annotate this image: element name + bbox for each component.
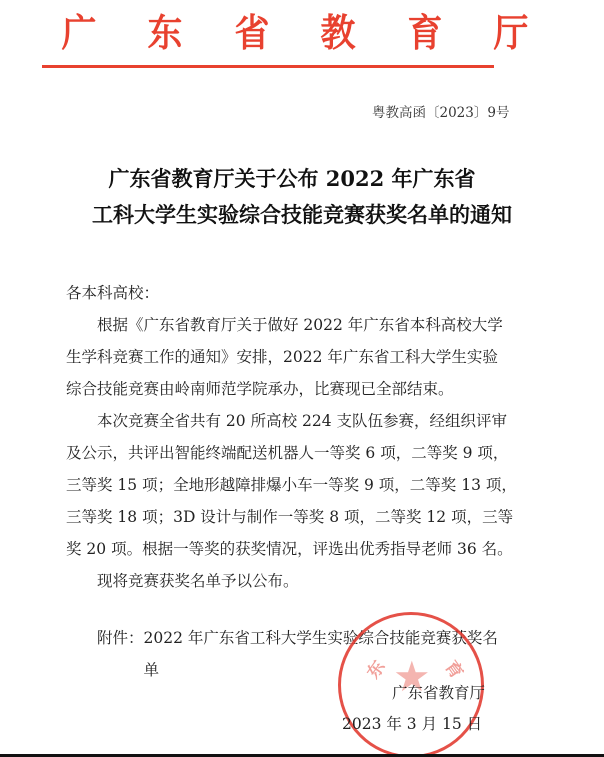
attachment-line-1[interactable]: 附件：2022 年广东省工科大学生实验综合技能竞赛获奖名 (66, 626, 498, 648)
letterhead-char: 广 (62, 2, 97, 57)
signing-date: 2023 年 3 月 15 日 (342, 712, 482, 734)
letterhead-char: 教 (321, 2, 356, 57)
letterhead-char: 东 (148, 2, 183, 57)
salutation: 各本科高校： (66, 281, 159, 303)
paragraph-1-line: 根据《广东省教育厅关于做好 2022 年广东省本科高校大学 (66, 313, 503, 335)
paragraph-2-line: 及公示，共评出智能终端配送机器人一等奖 6 项，二等奖 9 项， (66, 441, 508, 463)
letterhead-char: 省 (234, 2, 269, 57)
attachment-line-2[interactable]: 单 (66, 658, 159, 680)
stamp-char: 东 (359, 654, 389, 682)
paragraph-2-line: 三等奖 18 项；3D 设计与制作一等奖 8 项，二等奖 12 项，三等 (66, 505, 513, 527)
signing-organization: 广东省教育厅 (392, 681, 485, 703)
document-title-line-1: 广东省教育厅关于公布 2022 年广东省 (0, 163, 594, 193)
letterhead-char: 厅 (493, 2, 528, 57)
paragraph-1-line: 综合技能竞赛由岭南师范学院承办，比赛现已全部结束。 (66, 377, 454, 399)
paragraph-2-line: 三等奖 15 项；全地形越障排爆小车一等奖 9 项，二等奖 13 项， (66, 473, 517, 495)
document-page: 广 东 省 教 育 厅 粤教高函〔2023〕9号 广东省教育厅关于公布 2022… (0, 0, 604, 757)
letterhead-char: 育 (407, 2, 442, 57)
paragraph-2-line: 本次竞赛全省共有 20 所高校 224 支队伍参赛，经组织评审 (66, 409, 507, 431)
document-title-line-2: 工科大学生实验综合技能竞赛获奖名单的通知 (0, 199, 604, 229)
paragraph-3-line: 现将竞赛获奖名单予以公布。 (66, 569, 299, 591)
stamp-char: 育 (440, 654, 470, 682)
paragraph-1-line: 生学科竞赛工作的通知》安排，2022 年广东省工科大学生实验 (66, 345, 498, 367)
letterhead-divider (42, 65, 494, 68)
paragraph-2-line: 奖 20 项。根据一等奖的获奖情况，评选出优秀指导老师 36 名。 (66, 537, 513, 559)
letterhead: 广 东 省 教 育 厅 (60, 4, 530, 54)
document-number: 粤教高函〔2023〕9号 (372, 101, 509, 121)
